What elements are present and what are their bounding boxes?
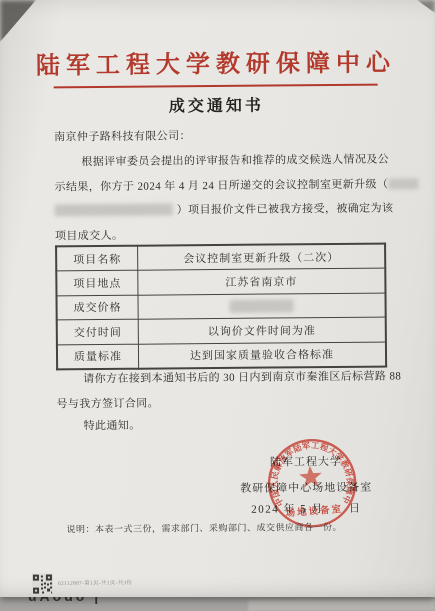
qr-code-icon [32, 573, 53, 594]
org-title: 陆军工程大学教研保障中心 [0, 42, 434, 81]
page-meta: 62112887-第1页-共1页-共3份 [58, 578, 132, 587]
body-line: ）项目报价文件已被我方接受，被确定为该 [55, 199, 390, 218]
row-label: 成交价格 [56, 295, 138, 320]
table-row: 项目名称 会议控制室更新升级（二次） [56, 244, 385, 272]
row-value: 以询价文件时间为准 [138, 317, 386, 344]
body-line: 号与我方签订合同。 [56, 392, 391, 411]
body-line: 项目成交人。 [55, 224, 390, 243]
body-text: ）项目报价文件已被我方接受，被确定为该 [177, 202, 394, 216]
redacted-blur [55, 203, 173, 216]
redacted-blur [230, 299, 294, 313]
seal-inner-text: 场地设备室 [285, 503, 343, 519]
row-label: 交付时间 [57, 319, 139, 344]
body-text: 示结果，你方于 2024 年 4 月 24 日所递交的会议控制室更新升级（ [54, 179, 388, 194]
photo-of-document: uAodo | 陆军工程大学教研保障中心 成交通知书 南京仲子路科技有限公司： … [0, 0, 435, 611]
table-row: 交付时间 以询价文件时间为准 [57, 317, 386, 344]
paper-sheet: 陆军工程大学教研保障中心 成交通知书 南京仲子路科技有限公司： 根据评审委员会提… [0, 0, 435, 597]
row-label: 质量标准 [57, 344, 139, 370]
redacted-blur [388, 178, 418, 189]
document-content: 陆军工程大学教研保障中心 成交通知书 南京仲子路科技有限公司： 根据评审委员会提… [0, 0, 435, 599]
row-value: 达到国家质量验收合格标准 [138, 342, 386, 369]
row-label: 项目名称 [56, 246, 138, 272]
row-label: 项目地点 [56, 271, 138, 296]
body-line: 请你方在接到本通知书后的 30 日内到南京市秦淮区后标营路 88 [56, 367, 418, 386]
footer-note: 说明：本表一式三份，需求部门、采购部门、成交供应商各一份。 [66, 520, 342, 535]
desk-highlight [248, 600, 435, 611]
row-value [138, 293, 386, 320]
row-value: 江苏省南京市 [138, 268, 386, 295]
body-line: 特此通知。 [57, 414, 419, 433]
body-line: 根据评审委员会提出的评审报告和推荐的成交候选人情况及公 [54, 150, 416, 169]
row-value: 会议控制室更新升级（二次） [138, 244, 386, 271]
recipient-line: 南京仲子路科技有限公司： [54, 125, 389, 144]
seal-star-icon [298, 464, 322, 487]
notice-table: 项目名称 会议控制室更新升级（二次） 项目地点 江苏省南京市 成交价格 交付时间… [55, 243, 387, 371]
body-line: 示结果，你方于 2024 年 4 月 24 日所递交的会议控制室更新升级（ [54, 175, 389, 194]
table-row: 项目地点 江苏省南京市 [56, 268, 385, 295]
table-row: 成交价格 [56, 293, 385, 320]
title-underline [54, 84, 378, 89]
table-row: 质量标准 达到国家质量验收合格标准 [57, 342, 386, 370]
doc-title: 成交通知书 [0, 91, 434, 118]
